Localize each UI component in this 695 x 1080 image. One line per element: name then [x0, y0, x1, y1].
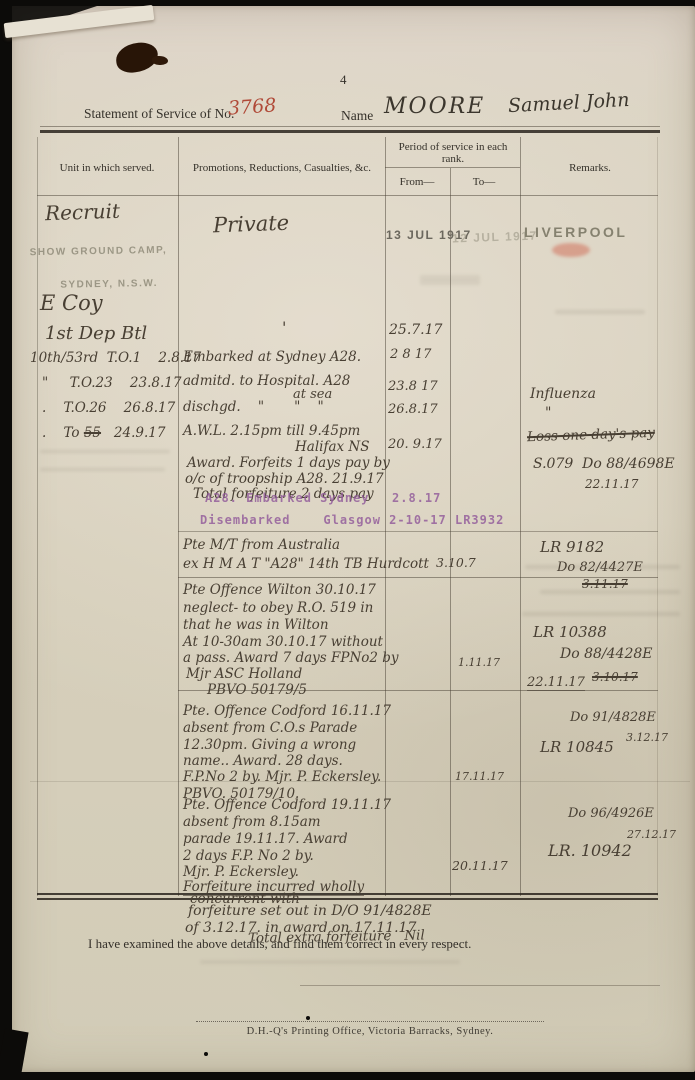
- entry-remark-lr10388: LR 10388: [533, 623, 607, 641]
- column-header-unit: Unit in which served.: [47, 162, 167, 174]
- red-ink-smudge: [552, 243, 590, 257]
- entry-wilton-4: At 10-30am 30.10.17 without: [183, 634, 383, 650]
- entry-below-1: forfeiture set out in D/O 91/4828E: [188, 903, 432, 919]
- entry-remark-3-10-17-struck: 3.10.17: [592, 670, 638, 684]
- scan-edge-top: [0, 0, 695, 6]
- unit-to55-pre: . To: [42, 425, 84, 441]
- table-border: [657, 137, 658, 896]
- entry-remark-22-11-17: 22.11.17: [585, 477, 638, 491]
- scan-speck: [204, 1052, 208, 1056]
- entry-unit-to55: . To 55 24.9.17: [42, 425, 165, 441]
- column-header-period: Period of service in each rank.: [390, 141, 516, 165]
- entry-wilton-5: a pass. Award 7 days FPNo2 by: [183, 650, 399, 666]
- disembarked-stamp: Disembarked Glasgow 2-10-17 LR3932: [200, 513, 504, 527]
- bleed-smudge: [200, 960, 460, 964]
- table-line: [178, 531, 658, 532]
- entry-rank-recruit: Recruit: [45, 199, 121, 226]
- entry-remark-3-12-17: 3.12.17: [626, 731, 668, 744]
- entry-remark-22-11-17b: 22.11.17: [527, 675, 585, 691]
- examined-statement: I have examined the above details, and f…: [88, 936, 471, 952]
- entry-remark-lr10845: LR 10845: [540, 738, 614, 756]
- entry-embarked-sydney: Embarked at Sydney A28.: [183, 349, 361, 365]
- entry-remark-do82-4427: Do 82/4427E: [557, 560, 643, 575]
- entry-codford1-2: absent from C.O.s Parade: [183, 720, 357, 736]
- entry-codford2-4: 2 days F.P. No 2 by.: [183, 848, 314, 864]
- column-header-remarks: Remarks.: [530, 162, 650, 174]
- entry-from-20-9-17: 20. 9.17: [388, 437, 442, 452]
- entry-wilton-2: neglect- to obey R.O. 519 in: [183, 600, 373, 616]
- ink-blot-tail: [152, 56, 168, 65]
- entry-unit-coy: E Coy: [40, 291, 103, 315]
- entry-rank-private: Private: [213, 211, 290, 238]
- scanned-service-record: 4 Statement of Service of No. 3768 Name …: [0, 0, 695, 1080]
- entry-wilton-3: that he was in Wilton: [183, 617, 329, 633]
- entry-unit-to23: " T.O.23 23.8.17: [42, 375, 181, 391]
- entry-remark-lr10942: LR. 10942: [548, 841, 632, 860]
- bleed-smudge: [40, 468, 165, 471]
- scan-speck: [306, 1016, 310, 1020]
- entry-from-3-10-7: 3.10.7: [436, 555, 476, 570]
- signature-line: [300, 985, 660, 986]
- entry-codford1-5: F.P.No 2 by. Mjr. P. Eckersley.: [183, 769, 381, 785]
- entry-ditto-mark: ': [282, 318, 286, 337]
- entry-remark-do88-4698: S.079 Do 88/4698E: [533, 456, 675, 472]
- entry-remark-lr9182: LR 9182: [540, 538, 604, 556]
- entry-unit-to26: . T.O.26 26.8.17: [42, 400, 175, 416]
- table-line: [385, 167, 520, 168]
- entry-remark-do88-4428: Do 88/4428E: [560, 646, 652, 662]
- entry-wilton-1: Pte Offence Wilton 30.10.17: [183, 582, 376, 598]
- entry-codford2-5: Mjr. P. Eckersley.: [183, 864, 299, 880]
- table-bottom-rule: [37, 898, 658, 900]
- page-number: 4: [340, 72, 364, 88]
- entry-codford2-1: Pte. Offence Codford 19.11.17: [183, 797, 391, 813]
- entry-codford2-2: absent from 8.15am: [183, 814, 321, 830]
- bleed-smudge: [555, 310, 645, 314]
- entry-dep-from-date: 25.7.17: [389, 322, 442, 338]
- bleed-smudge: [40, 450, 170, 453]
- camp-stamp-line1: SHOW GROUND CAMP,: [30, 245, 168, 258]
- entry-from-26-8-17: 26.8.17: [388, 402, 438, 417]
- form-title: Statement of Service of No.: [84, 106, 234, 122]
- entry-remark-3-11-17-struck: 3.11.17: [582, 577, 628, 591]
- entry-codford1-3: 12.30pm. Giving a wrong: [183, 737, 356, 753]
- entry-wilton-6: Mjr ASC Holland: [186, 666, 302, 682]
- rule-thick: [40, 130, 660, 133]
- entry-from-23-8-17: 23.8 17: [388, 379, 438, 394]
- entry-remark-do96-4926: Do 96/4926E: [568, 806, 654, 821]
- entry-to-1-11-17: 1.11.17: [458, 656, 500, 669]
- entry-codford1-1: Pte. Offence Codford 16.11.17: [183, 703, 391, 719]
- embarked-stamp-date: 2.8.17: [392, 491, 441, 505]
- entry-discharged: dischgd. " " ": [183, 399, 324, 415]
- entry-oc-troopship: o/c of troopship A28. 21.9.17: [185, 471, 384, 487]
- entry-unit-to1: 10th/53rd T.O.1 2.8.17: [30, 350, 201, 366]
- column-header-promotions: Promotions, Reductions, Casualties, &c.: [192, 162, 372, 174]
- table-border: [178, 137, 179, 896]
- entry-to-17-11-17: 17.11.17: [455, 770, 504, 783]
- liverpool-stamp: LIVERPOOL: [524, 224, 627, 240]
- entry-remark-27-12-17: 27.12.17: [627, 828, 676, 841]
- footer-dotted-line: [196, 1021, 544, 1022]
- column-header-from: From—: [388, 176, 446, 188]
- table-border: [520, 137, 521, 896]
- entry-from-2-8-17: 2 8 17: [390, 347, 431, 362]
- service-number: 3768: [227, 94, 277, 119]
- entry-wilton-7: PBVO 50179/5: [207, 682, 307, 698]
- table-line: [37, 195, 658, 196]
- entry-awl: A.W.L. 2.15pm till 9.45pm: [183, 423, 360, 439]
- embarked-stamp: A28. Embarked Sydney: [205, 491, 370, 505]
- camp-stamp-line2: SYDNEY, N.S.W.: [30, 278, 168, 291]
- entry-remark-do91-4828: Do 91/4828E: [570, 710, 656, 725]
- column-header-to: To—: [453, 176, 515, 188]
- entry-codford2-3: parade 19.11.17. Award: [183, 831, 348, 847]
- entry-to-20-11-17: 20.11.17: [452, 858, 508, 873]
- entry-mt-australia: Pte M/T from Australia: [183, 537, 340, 553]
- entry-award-forfeits: Award. Forfeits 1 days pay by: [187, 455, 390, 471]
- entry-ex-hmat: ex H M A T "A28" 14th TB Hurdcott: [183, 556, 429, 572]
- unit-to55-struck: 55: [84, 425, 101, 441]
- entry-remark-ditto: ": [545, 405, 551, 421]
- name-label: Name: [341, 108, 373, 124]
- unit-to55-date: 24.9.17: [101, 425, 165, 441]
- entry-codford1-4: name.. Award. 28 days.: [183, 753, 343, 769]
- scan-edge-bottom: [0, 1072, 695, 1080]
- printer-imprint: D.H.-Q's Printing Office, Victoria Barra…: [160, 1026, 580, 1037]
- rule-thin: [40, 126, 660, 127]
- table-border: [450, 168, 451, 896]
- entry-halifax: Halifax NS: [295, 439, 369, 455]
- entry-unit-dep-btl: 1st Dep Btl: [45, 323, 147, 344]
- scan-edge-left: [0, 0, 12, 1080]
- entry-remark-influenza: Influenza: [530, 386, 596, 402]
- soldier-surname: MOORE: [384, 94, 485, 119]
